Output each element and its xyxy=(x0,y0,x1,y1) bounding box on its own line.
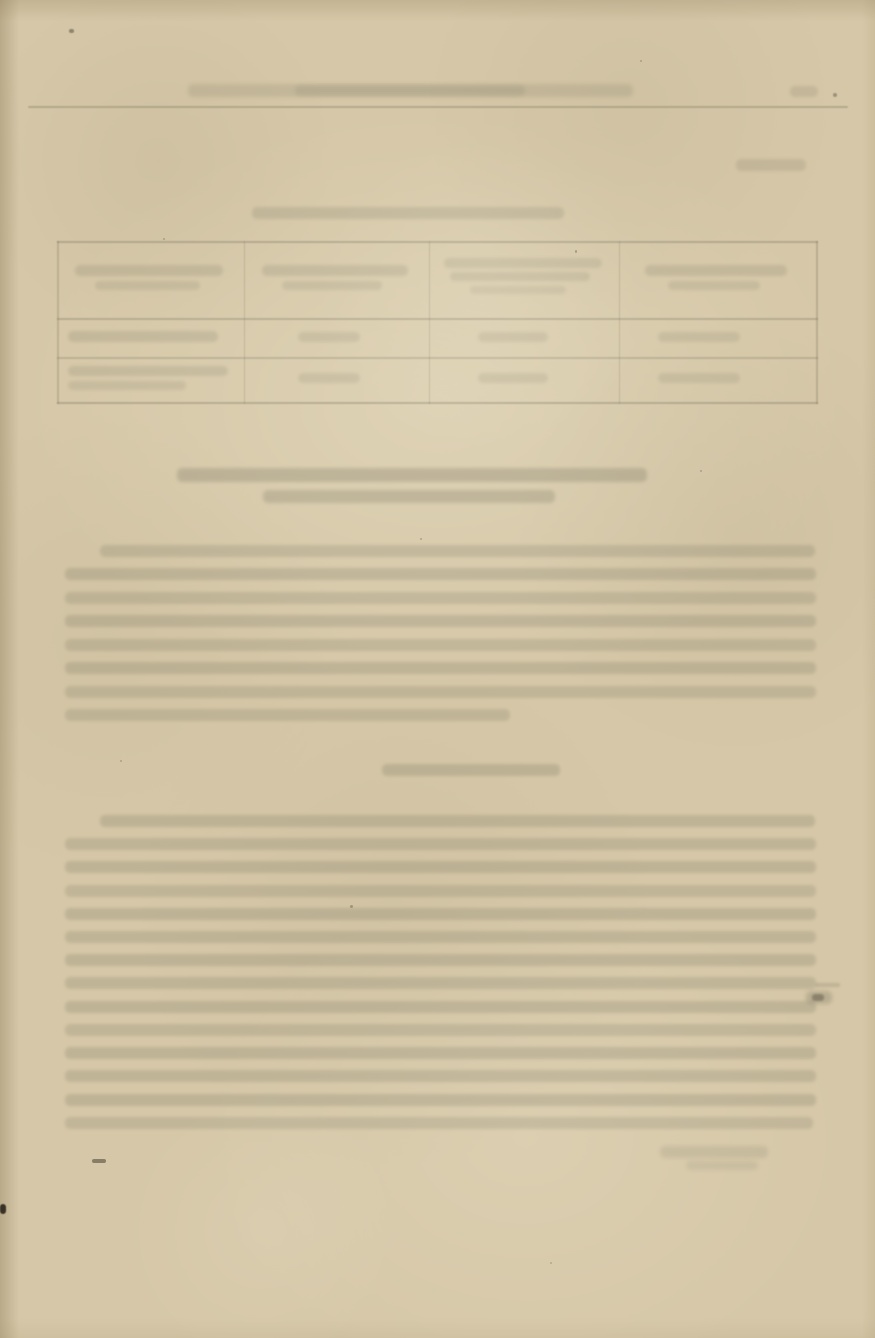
table-cell-text xyxy=(68,331,218,342)
body-paragraph-line xyxy=(65,1070,816,1082)
body-paragraph-line xyxy=(65,1024,816,1036)
ink-speck xyxy=(640,60,642,62)
pencil-dash-mark xyxy=(92,1159,106,1163)
subsection-heading xyxy=(382,764,560,776)
plate-number-label xyxy=(736,159,806,171)
ink-speck xyxy=(833,93,837,97)
scan-marks-layer xyxy=(0,0,875,1338)
margin-smudge-core xyxy=(812,994,824,1001)
table-header-cell-text xyxy=(95,281,200,290)
body-paragraph-line xyxy=(65,977,816,989)
body-paragraph-line xyxy=(65,838,816,850)
body-paragraph-line xyxy=(65,1094,816,1106)
table-border-right xyxy=(816,241,818,404)
table-col-divider-3 xyxy=(619,241,620,404)
body-paragraph-line xyxy=(65,709,510,721)
table-cell-text xyxy=(68,381,186,390)
ink-speck xyxy=(350,905,353,908)
table-header-cell-text xyxy=(668,281,760,290)
table-border-left xyxy=(57,241,59,404)
table-col-divider-2 xyxy=(429,241,430,404)
table-header-cell-text xyxy=(282,281,382,290)
scanned-document-page xyxy=(0,0,875,1338)
table-cell-text xyxy=(658,332,740,342)
body-paragraph-line xyxy=(65,908,816,920)
table-header-divider xyxy=(57,318,818,320)
body-paragraph-line xyxy=(65,639,816,651)
ink-blot xyxy=(0,1204,6,1214)
table-border-bottom xyxy=(57,402,818,404)
table-col-divider-1 xyxy=(244,241,245,404)
table-caption xyxy=(252,207,564,219)
ink-speck xyxy=(575,250,577,253)
body-paragraph-line xyxy=(65,1047,816,1059)
body-paragraph-line xyxy=(65,686,816,698)
closing-note-text xyxy=(660,1146,768,1158)
table-cell-text xyxy=(298,332,360,342)
body-paragraph-line xyxy=(65,931,816,943)
table-cell-text xyxy=(68,366,228,376)
body-paragraph-line xyxy=(100,815,815,827)
section-heading-line xyxy=(263,490,555,503)
body-paragraph-line xyxy=(65,662,816,674)
margin-dash xyxy=(815,983,840,987)
table-cell-text xyxy=(298,373,360,383)
body-paragraph-line xyxy=(65,592,816,604)
table-row-divider xyxy=(57,357,818,359)
body-paragraph-line xyxy=(65,885,816,897)
ink-speck xyxy=(420,538,422,540)
page-number xyxy=(790,86,818,97)
body-paragraph-line xyxy=(65,568,816,580)
header-rule xyxy=(28,106,848,108)
table-header-cell-text xyxy=(450,272,590,281)
ink-speck xyxy=(120,760,122,762)
body-paragraph-line xyxy=(100,545,815,557)
table-header-cell-text xyxy=(645,265,787,276)
ink-speck xyxy=(700,470,702,472)
body-paragraph-line xyxy=(65,954,816,966)
ink-speck xyxy=(550,1262,552,1264)
ink-speck xyxy=(69,29,74,33)
table-cell-text xyxy=(478,332,548,342)
table-header-cell-text xyxy=(470,286,566,294)
section-heading-line xyxy=(177,468,647,482)
closing-note-text xyxy=(686,1161,758,1170)
body-paragraph-line xyxy=(65,615,816,627)
table-cell-text xyxy=(658,373,740,383)
running-header-text-core xyxy=(295,85,525,96)
table-cell-text xyxy=(478,373,548,383)
ink-speck xyxy=(163,238,165,240)
table-header-cell-text xyxy=(444,258,602,268)
table-header-cell-text xyxy=(75,265,223,276)
body-paragraph-line xyxy=(65,1117,813,1129)
body-paragraph-line xyxy=(65,861,816,873)
body-paragraph-line xyxy=(65,1001,816,1013)
table-border-top xyxy=(57,241,818,243)
table-header-cell-text xyxy=(262,265,408,276)
